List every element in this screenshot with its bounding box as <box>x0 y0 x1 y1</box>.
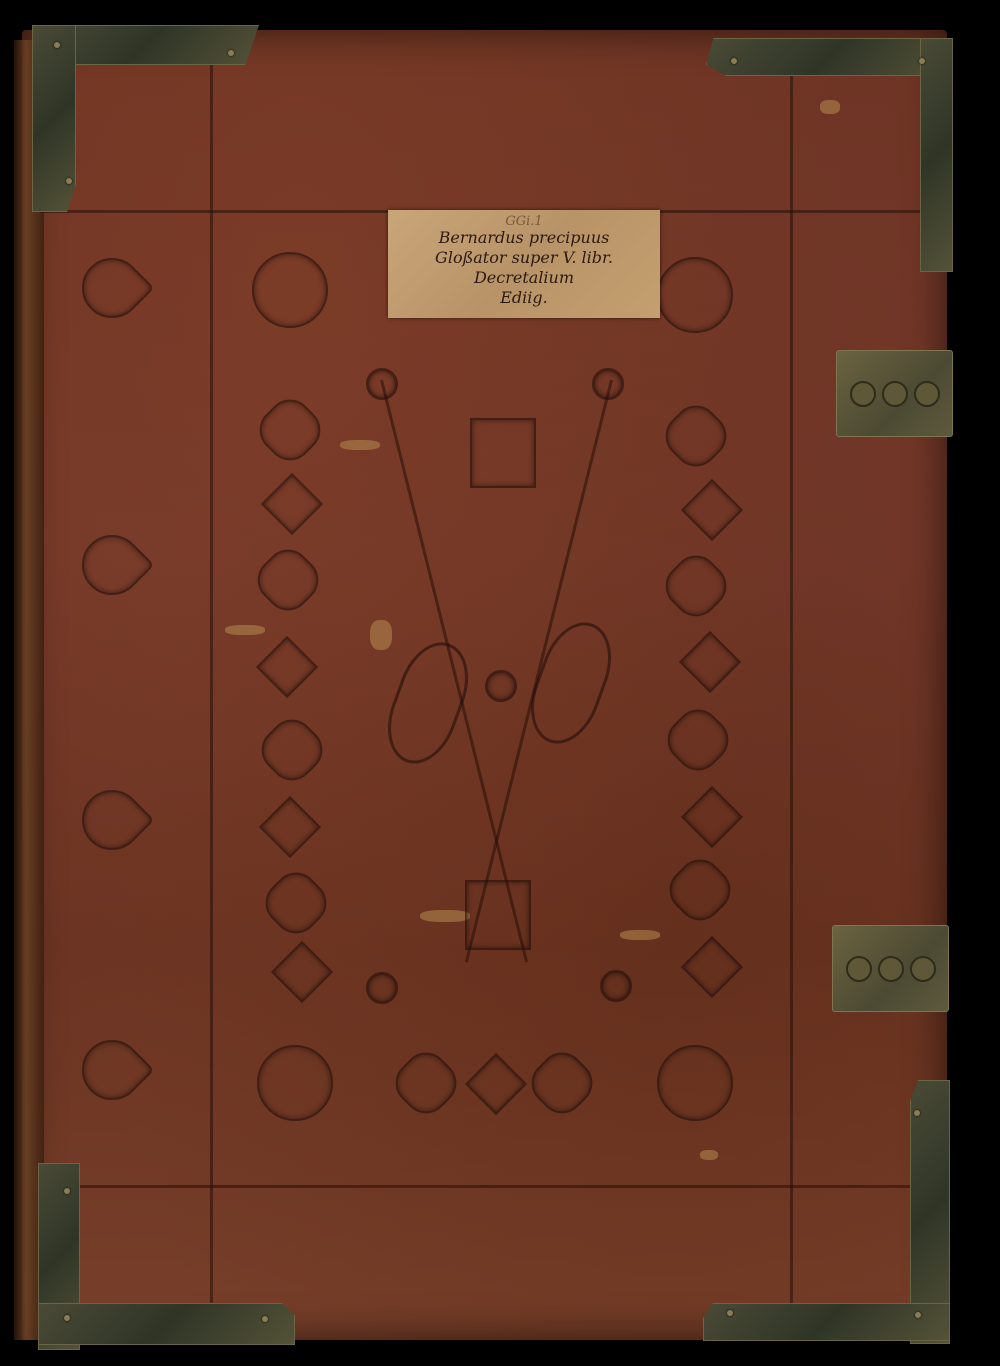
rosette-icon <box>914 381 940 407</box>
small-rosette-stamp <box>592 368 624 400</box>
small-rosette-stamp <box>366 368 398 400</box>
leather-scuff <box>225 625 265 635</box>
label-line: Decretalium <box>388 268 660 288</box>
leather-scuff <box>340 440 380 450</box>
rosette-icon <box>850 381 876 407</box>
blind-tooled-line <box>40 1185 930 1188</box>
rosette-icon <box>846 956 872 982</box>
leather-scuff <box>420 910 470 922</box>
label-line: Gloßator super V. libr. <box>388 248 660 268</box>
blind-tooled-line <box>210 40 213 1330</box>
label-shelfmark: GGi.1 <box>388 212 660 228</box>
lower-clasp <box>832 925 949 1012</box>
rosette-icon <box>910 956 936 982</box>
label-line: Ediig. <box>388 288 660 308</box>
rosette-icon <box>878 956 904 982</box>
rosette-icon <box>882 381 908 407</box>
leather-scuff <box>370 620 392 650</box>
blind-tooled-line <box>790 40 793 1330</box>
round-rosette-stamp <box>257 1045 333 1121</box>
small-rosette-stamp <box>600 970 632 1002</box>
round-rosette-stamp <box>657 257 733 333</box>
leather-scuff <box>700 1150 718 1160</box>
rectangular-figure-stamp <box>465 880 531 950</box>
leather-scuff <box>620 930 660 940</box>
title-label: GGi.1 Bernardus precipuus Gloßator super… <box>388 210 660 318</box>
round-rosette-stamp <box>657 1045 733 1121</box>
rectangular-figure-stamp <box>470 418 536 488</box>
small-rosette-stamp <box>485 670 517 702</box>
book-spine <box>14 40 44 1340</box>
small-rosette-stamp <box>366 972 398 1004</box>
round-rosette-stamp <box>252 252 328 328</box>
upper-clasp <box>836 350 953 437</box>
leather-scuff <box>820 100 840 114</box>
label-line: Bernardus precipuus <box>388 228 660 248</box>
